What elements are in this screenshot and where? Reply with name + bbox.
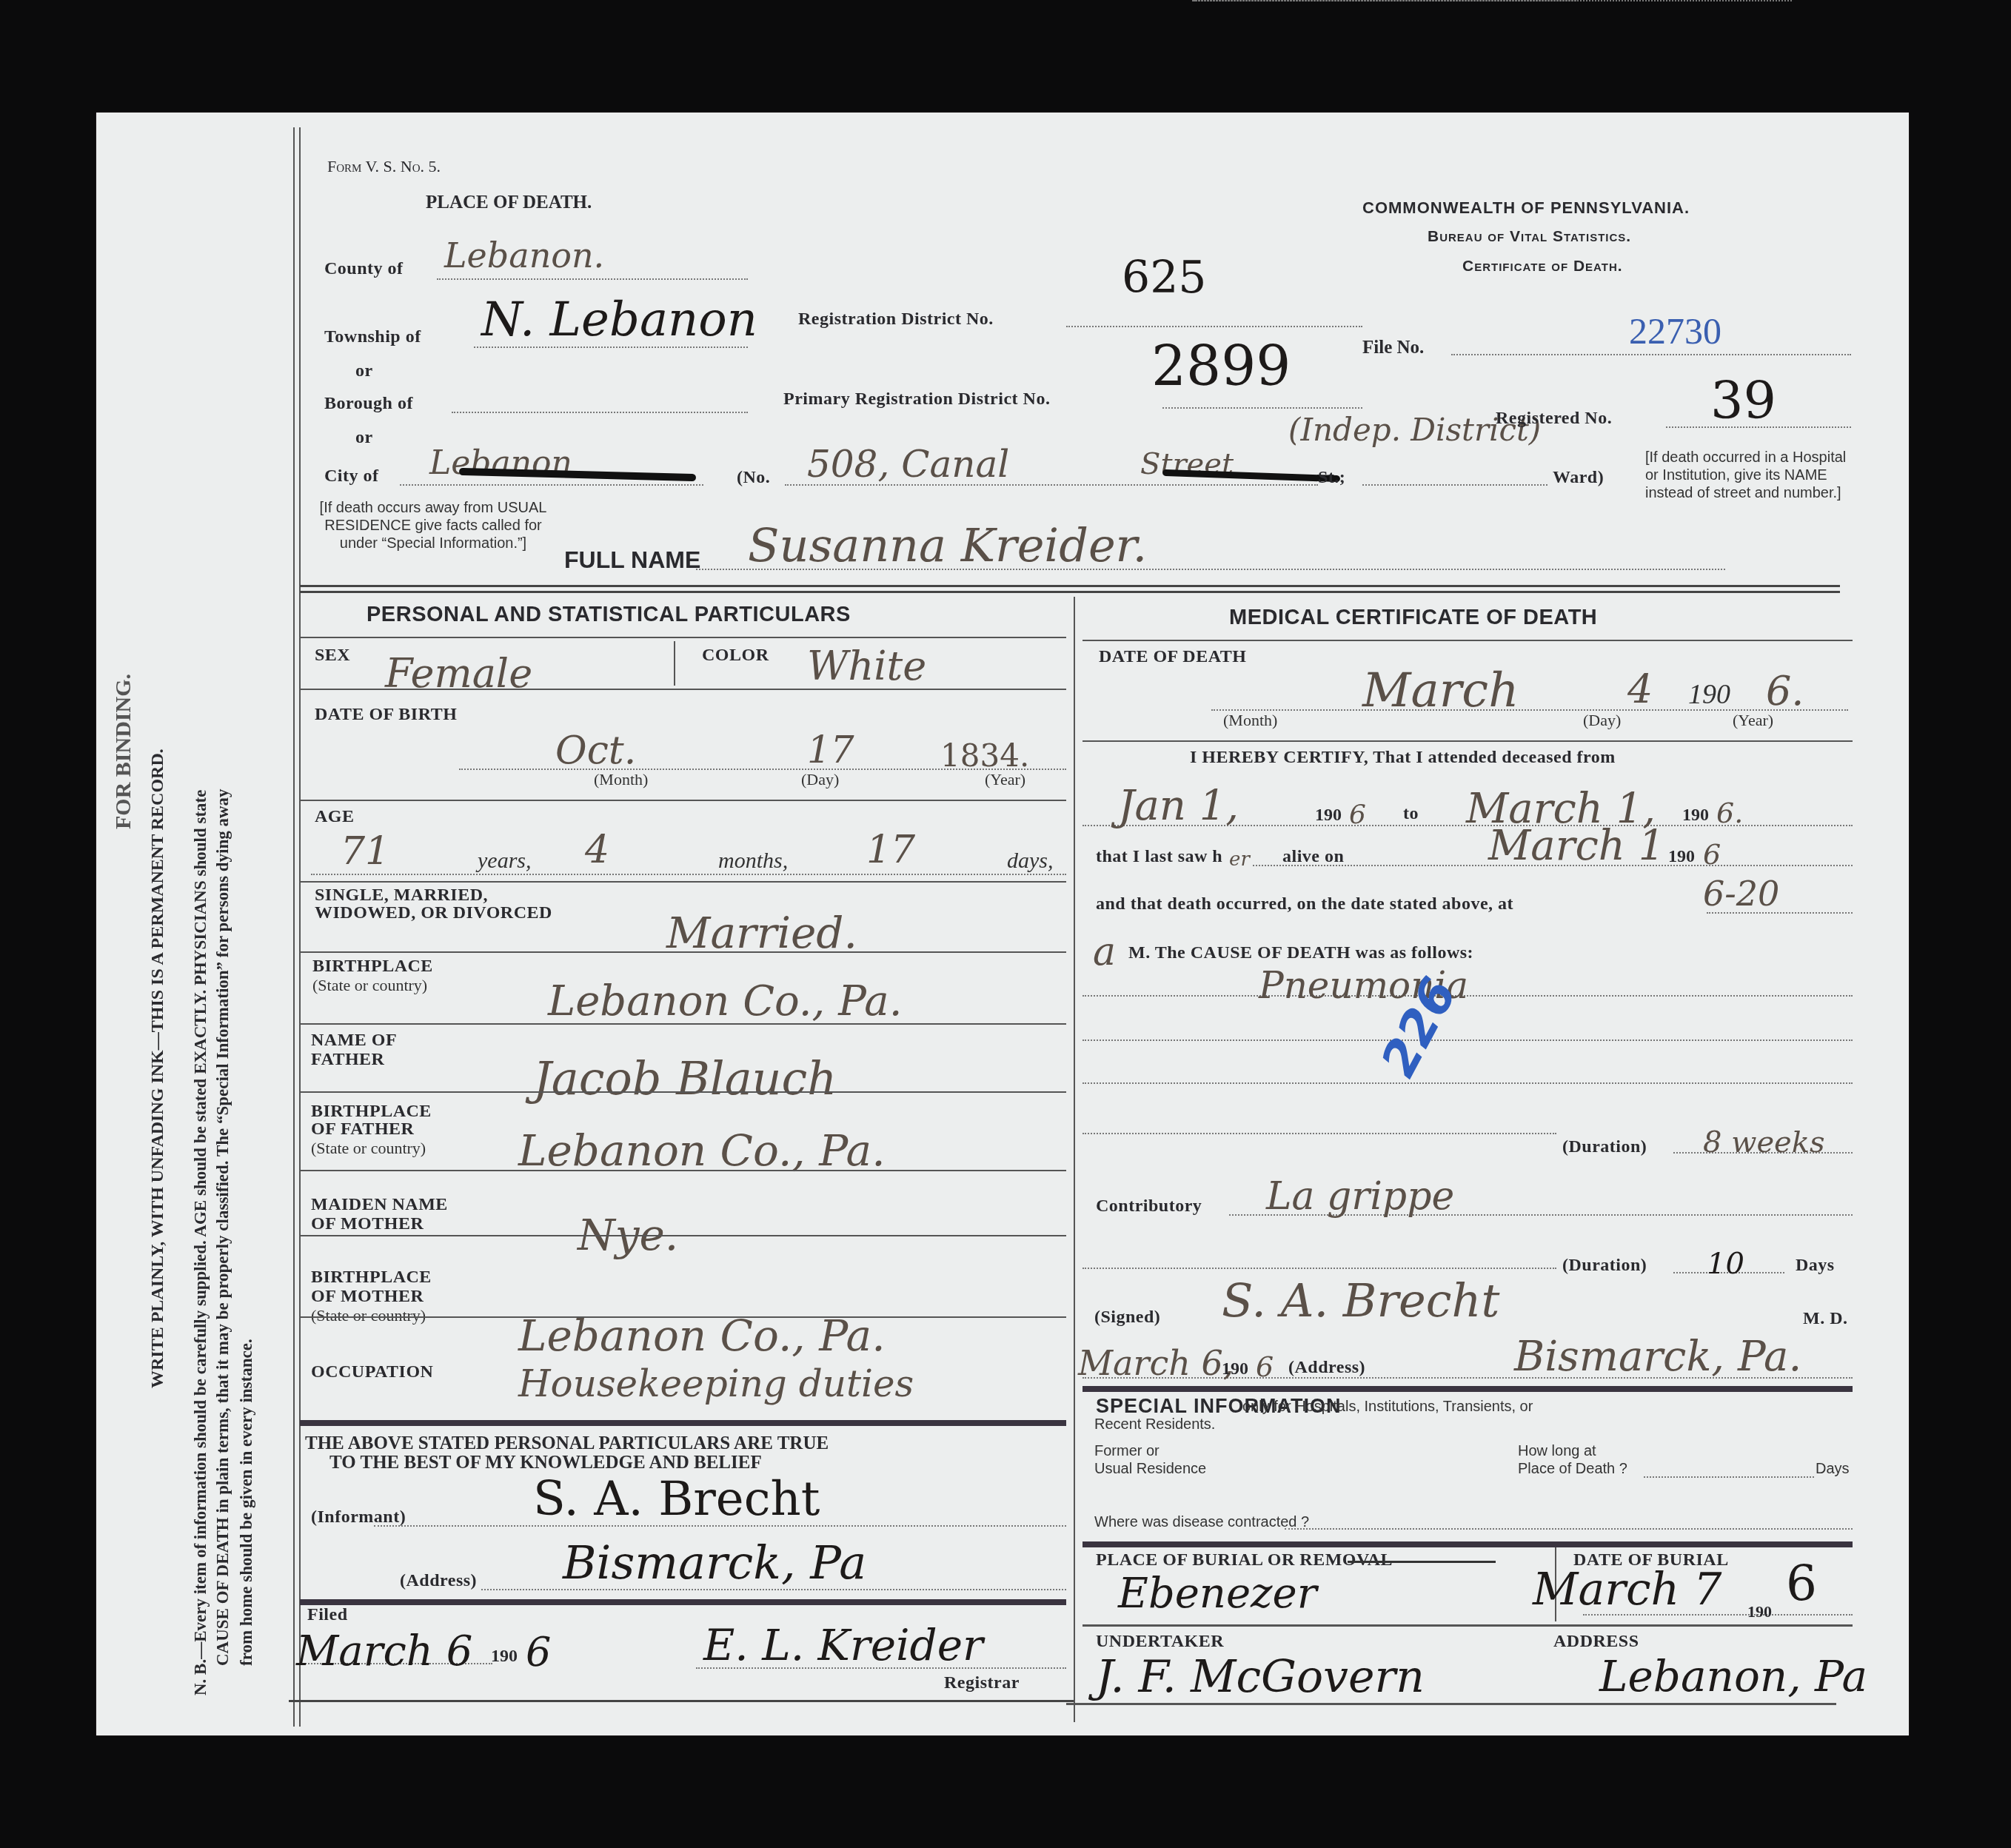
mother-birthplace-label-2: OF MOTHER xyxy=(311,1287,424,1307)
county-label: County of xyxy=(324,259,404,279)
registered-no-field[interactable]: 39 xyxy=(1710,370,1776,431)
county-field[interactable]: Lebanon. xyxy=(444,235,604,275)
death-certificate xyxy=(96,113,1909,1735)
or-label: or xyxy=(355,361,373,381)
borough-label: Borough of xyxy=(324,394,413,414)
dod-year-caption: (Year) xyxy=(1733,711,1773,730)
binding-note: FOR BINDING. xyxy=(111,674,136,829)
dob-year-field[interactable]: 1834. xyxy=(940,737,1029,774)
nb-note-line2: CAUSE OF DEATH in plain terms, that it m… xyxy=(213,789,232,1666)
or-label-2: or xyxy=(355,428,373,448)
dob-year-caption: (Year) xyxy=(985,770,1025,789)
md-label: M. D. xyxy=(1803,1309,1847,1329)
how-long-label-2: Place of Death ? xyxy=(1518,1460,1627,1478)
undertaker-address-label: ADDRESS xyxy=(1553,1632,1639,1652)
alive-on-text: alive on xyxy=(1282,847,1344,867)
dod-day-field[interactable]: 4 xyxy=(1627,666,1653,713)
nb-note-line3: from home should be given in every insta… xyxy=(237,1339,256,1666)
from-year-prefix: 190 xyxy=(1315,806,1342,826)
special-info-scope: only for Hospitals, Institutions, Transi… xyxy=(1242,1398,1533,1416)
attest-line-2: TO THE BEST OF MY KNOWLEDGE AND BELIEF xyxy=(329,1453,762,1473)
months-word: months, xyxy=(718,848,788,874)
attest-line-1: THE ABOVE STATED PERSONAL PARTICULARS AR… xyxy=(305,1433,829,1454)
dob-month-field[interactable]: Oct. xyxy=(555,729,636,773)
last-saw-year-prefix: 190 xyxy=(1668,847,1695,867)
township-label: Township of xyxy=(324,327,421,347)
occurred-text: and that death occurred, on the date sta… xyxy=(1096,894,1513,914)
age-months-field[interactable]: 4 xyxy=(585,828,609,872)
last-saw-date-field[interactable]: March 1 xyxy=(1488,822,1664,870)
file-no-label: File No. xyxy=(1362,338,1424,358)
dod-day-caption: (Day) xyxy=(1583,711,1621,730)
father-label-1: NAME OF xyxy=(311,1031,397,1051)
burial-place-field[interactable]: Ebenezer xyxy=(1118,1570,1317,1618)
street-no-label: (No. xyxy=(737,468,770,488)
informant-field[interactable]: S. A. Brecht xyxy=(533,1472,820,1527)
contributory-duration-field[interactable]: 10 xyxy=(1707,1247,1744,1281)
attended-from-field[interactable]: Jan 1, xyxy=(1118,782,1239,830)
registrar-label: Registrar xyxy=(944,1673,1020,1693)
last-saw-pronoun[interactable]: er xyxy=(1229,848,1250,871)
street-suffix: St.; xyxy=(1318,468,1345,488)
dob-month-caption: (Month) xyxy=(594,770,648,789)
sex-label: SEX xyxy=(315,646,350,666)
cause-duration-label: (Duration) xyxy=(1562,1137,1647,1157)
color-label: COLOR xyxy=(702,646,769,666)
undertaker-label: UNDERTAKER xyxy=(1096,1632,1224,1652)
filed-label: Filed xyxy=(307,1605,348,1625)
usual-residence-note: [If death occurs away from USUAL RESIDEN… xyxy=(318,499,548,552)
dod-year-field[interactable]: 6. xyxy=(1766,668,1804,714)
color-field[interactable]: White xyxy=(807,643,926,689)
how-long-label-1: How long at xyxy=(1518,1442,1596,1460)
certify-text: I HEREBY CERTIFY, That I attended deceas… xyxy=(1190,748,1616,768)
marital-label-2: WIDOWED, OR DIVORCED xyxy=(315,903,552,923)
burial-date-field[interactable]: March 7 xyxy=(1533,1564,1721,1616)
mother-label-2: OF MOTHER xyxy=(311,1214,424,1234)
informant-address-label: (Address) xyxy=(400,1571,477,1591)
marital-label-1: SINGLE, MARRIED, xyxy=(315,885,488,905)
cause-intro-text: M. The CAUSE OF DEATH was as follows: xyxy=(1128,943,1473,963)
primary-district-label: Primary Registration District No. xyxy=(783,389,1050,409)
physician-address-field[interactable]: Bismarck, Pa. xyxy=(1514,1333,1801,1381)
father-birthplace-sublabel: (State or country) xyxy=(311,1139,426,1158)
physician-signature[interactable]: S. A. Brecht xyxy=(1222,1273,1499,1328)
issuer-certificate: Certificate of Death. xyxy=(1462,258,1623,275)
personal-heading: PERSONAL AND STATISTICAL PARTICULARS xyxy=(367,603,851,627)
father-label-2: FATHER xyxy=(311,1050,384,1070)
father-birthplace-field[interactable]: Lebanon Co., Pa. xyxy=(518,1125,886,1176)
registered-no-label: Registered No. xyxy=(1496,409,1612,429)
age-years-field[interactable]: 71 xyxy=(341,829,389,874)
informant-label: (Informant) xyxy=(311,1507,406,1527)
city-label: City of xyxy=(324,466,378,486)
contributory-field[interactable]: La grippe xyxy=(1266,1174,1454,1219)
dod-month-field[interactable]: March xyxy=(1362,663,1519,718)
birthplace-sublabel: (State or country) xyxy=(312,976,427,995)
informant-address-field[interactable]: Bismarck, Pa xyxy=(563,1536,866,1590)
dod-year-prefix: 190 xyxy=(1688,678,1730,711)
mother-birthplace-sublabel: (State or country) xyxy=(311,1306,426,1325)
age-days-field[interactable]: 17 xyxy=(866,828,915,872)
full-name-field[interactable]: Susanna Kreider. xyxy=(748,518,1147,572)
registration-district-label: Registration District No. xyxy=(798,309,994,329)
how-long-days-word: Days xyxy=(1816,1460,1850,1478)
birthplace-field[interactable]: Lebanon Co., Pa. xyxy=(548,977,903,1025)
filed-year-prefix: 190 xyxy=(491,1647,518,1667)
father-birthplace-label-2: OF FATHER xyxy=(311,1119,414,1139)
file-no-field[interactable]: 22730 xyxy=(1629,309,1721,352)
signed-date-field[interactable]: March 6, xyxy=(1078,1343,1234,1383)
occupation-field[interactable]: Housekeeping duties xyxy=(518,1362,914,1405)
place-of-death-heading: PLACE OF DEATH. xyxy=(426,192,592,213)
last-saw-text: that I last saw h xyxy=(1096,847,1222,867)
mother-birthplace-label-1: BIRTHPLACE xyxy=(311,1268,432,1288)
years-word: years, xyxy=(478,848,531,874)
hospital-note: [If death occurred in a Hospital or Inst… xyxy=(1645,449,1853,502)
dob-label: DATE OF BIRTH xyxy=(315,705,457,725)
undertaker-address-field[interactable]: Lebanon, Pa xyxy=(1599,1651,1867,1701)
contributory-duration-label: (Duration) xyxy=(1562,1256,1647,1276)
dod-label: DATE OF DEATH xyxy=(1099,647,1246,667)
dod-month-caption: (Month) xyxy=(1223,711,1277,730)
signed-label: (Signed) xyxy=(1094,1308,1160,1328)
write-plainly-note: WRITE PLAINLY, WITH UNFADING INK—THIS IS… xyxy=(148,749,168,1388)
ward-label: Ward) xyxy=(1553,468,1604,488)
mother-birthplace-field[interactable]: Lebanon Co., Pa. xyxy=(518,1310,886,1361)
mother-label-1: MAIDEN NAME xyxy=(311,1195,448,1215)
birthplace-label: BIRTHPLACE xyxy=(312,957,433,977)
street-field[interactable]: 508, Canal xyxy=(807,443,1009,486)
attended-to-year-field[interactable]: 6. xyxy=(1716,797,1743,829)
former-residence-label-1: Former or xyxy=(1094,1442,1160,1460)
registrar-signature[interactable]: E. L. Kreider xyxy=(703,1620,983,1670)
contributory-days-word: Days xyxy=(1796,1256,1835,1276)
time-of-death-field[interactable]: 6-20 xyxy=(1703,874,1779,914)
contributory-label: Contributory xyxy=(1096,1196,1202,1216)
how-long-field[interactable] xyxy=(1644,1476,1814,1478)
filed-date-field[interactable]: March 6 xyxy=(296,1627,472,1675)
registration-district-field[interactable]: 625 xyxy=(1122,252,1207,304)
signed-year-field[interactable]: 6 xyxy=(1256,1350,1274,1383)
signed-year-prefix: 190 xyxy=(1222,1359,1248,1379)
full-name-label: FULL NAME xyxy=(564,546,700,574)
days-word: days, xyxy=(1007,848,1054,874)
issuer-title: COMMONWEALTH OF PENNSYLVANIA. xyxy=(1362,198,1690,218)
contracted-field[interactable] xyxy=(1285,1528,1853,1530)
contracted-label: Where was disease contracted ? xyxy=(1094,1513,1309,1531)
dob-day-caption: (Day) xyxy=(801,770,839,789)
nb-note-line1: N. B.—Every item of information should b… xyxy=(191,790,210,1695)
father-birthplace-label-1: BIRTHPLACE xyxy=(311,1102,432,1122)
margin-rule xyxy=(293,127,301,1727)
special-info-scope-2: Recent Residents. xyxy=(1094,1416,1215,1433)
to-word: to xyxy=(1403,804,1419,824)
medical-heading: MEDICAL CERTIFICATE OF DEATH xyxy=(1229,606,1597,630)
cause-duration-field[interactable]: 8 weeks xyxy=(1703,1125,1825,1159)
township-field[interactable]: N. Lebanon xyxy=(481,292,757,347)
marital-field[interactable]: Married. xyxy=(666,908,857,958)
dob-day-field[interactable]: 17 xyxy=(807,729,854,771)
to-year-prefix: 190 xyxy=(1682,806,1709,826)
issuer-bureau: Bureau of Vital Statistics. xyxy=(1428,228,1631,246)
physician-address-label: (Address) xyxy=(1288,1358,1365,1378)
father-name-field[interactable]: Jacob Blauch xyxy=(533,1051,837,1105)
filed-year-field[interactable]: 6 xyxy=(526,1629,551,1675)
form-number: Form V. S. No. 5. xyxy=(327,157,441,176)
am-pm-field[interactable]: a xyxy=(1093,930,1116,974)
column-divider xyxy=(1074,597,1075,1722)
last-saw-year-field[interactable]: 6 xyxy=(1703,838,1721,871)
undertaker-field[interactable]: J. F. McGovern xyxy=(1096,1651,1425,1703)
attended-from-year-field[interactable]: 6 xyxy=(1349,800,1366,830)
former-residence-label-2: Usual Residence xyxy=(1094,1460,1206,1478)
burial-year-field[interactable]: 6 xyxy=(1786,1555,1817,1612)
burial-year-prefix: 190 xyxy=(1747,1602,1772,1621)
primary-district-field[interactable]: 2899 xyxy=(1151,335,1291,398)
age-label: AGE xyxy=(315,807,355,827)
occupation-label: OCCUPATION xyxy=(311,1362,433,1382)
